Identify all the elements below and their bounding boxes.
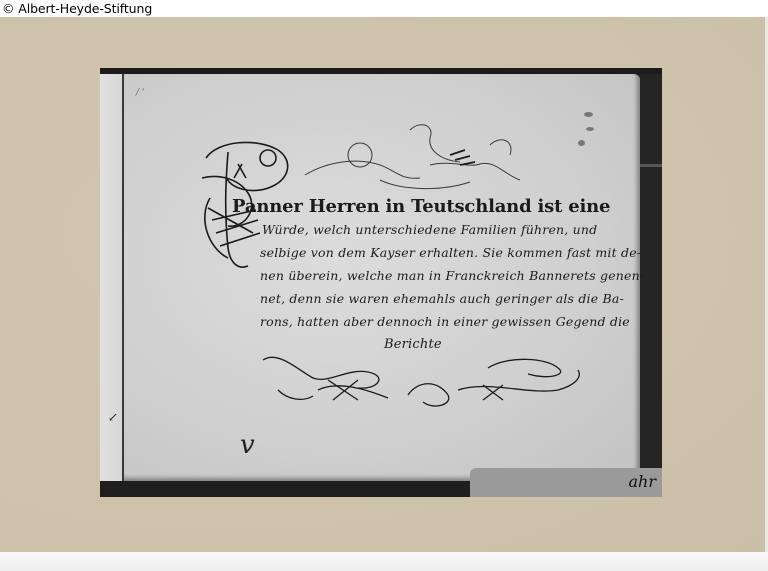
manuscript-line-6: rons, hatten aber dennoch in einer gewis… (260, 310, 628, 333)
bottom-margin-bar (0, 552, 768, 571)
manuscript-line-2: Würde, welch unterschiedene Familien füh… (262, 218, 628, 241)
ink-spot (586, 127, 594, 131)
manuscript-line-4: nen überein, welche man in Franckreich B… (260, 264, 628, 287)
manuscript-text: Panner Herren in Teutschland ist eine Wü… (158, 195, 628, 356)
ink-spot (578, 140, 585, 146)
ink-spot (584, 112, 593, 117)
photo-right-shadow (640, 74, 662, 497)
underlying-paper-scrap: ahr (470, 468, 662, 497)
manuscript-line-1: Panner Herren in Teutschland ist eine (232, 195, 628, 218)
decorative-tail-ornament (258, 350, 588, 412)
manuscript-line-3: selbige von dem Kayser erhalten. Sie kom… (260, 241, 628, 264)
margin-mark-top: / ' (136, 88, 144, 98)
copyright-bar: © Albert-Heyde-Stiftung (0, 0, 768, 17)
shadow-ledge (640, 164, 662, 167)
decorative-head-ornament (300, 120, 540, 200)
scrap-handwriting: ahr (629, 472, 657, 491)
margin-mark-v: v (240, 430, 255, 460)
margin-mark-left: ↙ (108, 410, 118, 424)
copyright-text: © Albert-Heyde-Stiftung (2, 0, 152, 17)
manuscript-line-5: net, denn sie waren ehemahls auch gering… (260, 287, 628, 310)
